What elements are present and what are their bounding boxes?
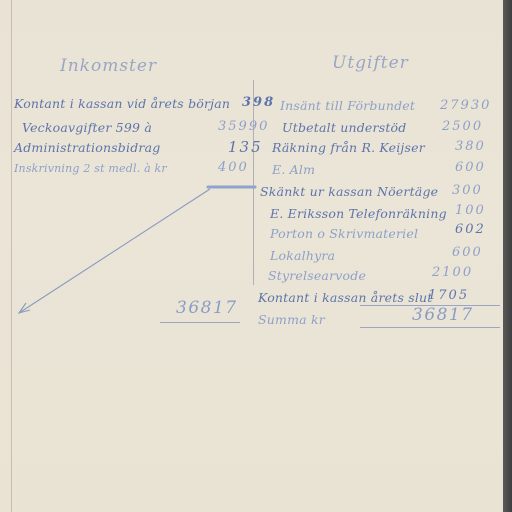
expense-total: 36817 — [412, 305, 474, 325]
expense-amount: 602 — [455, 222, 486, 237]
expense-amount: 100 — [455, 203, 486, 218]
column-divider — [253, 80, 254, 285]
expenditure-heading: Utgifter — [332, 53, 409, 73]
income-amount: 400 — [218, 160, 249, 175]
income-amount: 398 — [242, 95, 275, 110]
expense-amount: 1705 — [428, 288, 469, 303]
income-total-rule — [160, 322, 240, 323]
expense-label: E. Alm — [272, 162, 315, 177]
income-amount: 135 — [228, 138, 263, 156]
expense-label: Insänt till Förbundet — [280, 98, 415, 113]
expense-label: Kontant i kassan årets slut — [258, 290, 433, 305]
margin-line — [11, 0, 12, 512]
expense-amount: 300 — [452, 183, 483, 198]
income-label: Inskrivning 2 st medl. à kr — [14, 162, 167, 175]
expense-amount: 600 — [455, 160, 486, 175]
expense-label: Utbetalt understöd — [282, 120, 406, 135]
expense-amount: 27930 — [440, 98, 491, 113]
expense-total-rule — [360, 327, 500, 328]
expense-label: E. Eriksson Telefonräkning — [270, 206, 447, 221]
expense-label: Styrelsearvode — [268, 268, 366, 283]
expense-total-label: Summa kr — [258, 312, 325, 327]
income-amount: 35990 — [218, 119, 269, 134]
income-total: 36817 — [176, 298, 238, 318]
income-heading: Inkomster — [60, 56, 157, 76]
expense-label: Porton o Skrivmateriel — [270, 226, 418, 241]
expense-amount: 2500 — [442, 119, 483, 134]
ledger-page — [0, 0, 503, 512]
income-label: Administrationsbidrag — [14, 140, 160, 155]
expense-amount: 380 — [455, 139, 486, 154]
expense-amount: 600 — [452, 245, 483, 260]
income-label: Veckoavgifter 599 à — [22, 120, 152, 135]
income-label: Kontant i kassan vid årets början — [14, 96, 230, 111]
page-edge-border — [503, 0, 512, 512]
expense-amount: 2100 — [432, 265, 473, 280]
expense-label: Skänkt ur kassan Nöertäge — [260, 184, 438, 199]
expense-label: Räkning från R. Keijser — [272, 140, 425, 155]
expense-label: Lokalhyra — [270, 248, 335, 263]
